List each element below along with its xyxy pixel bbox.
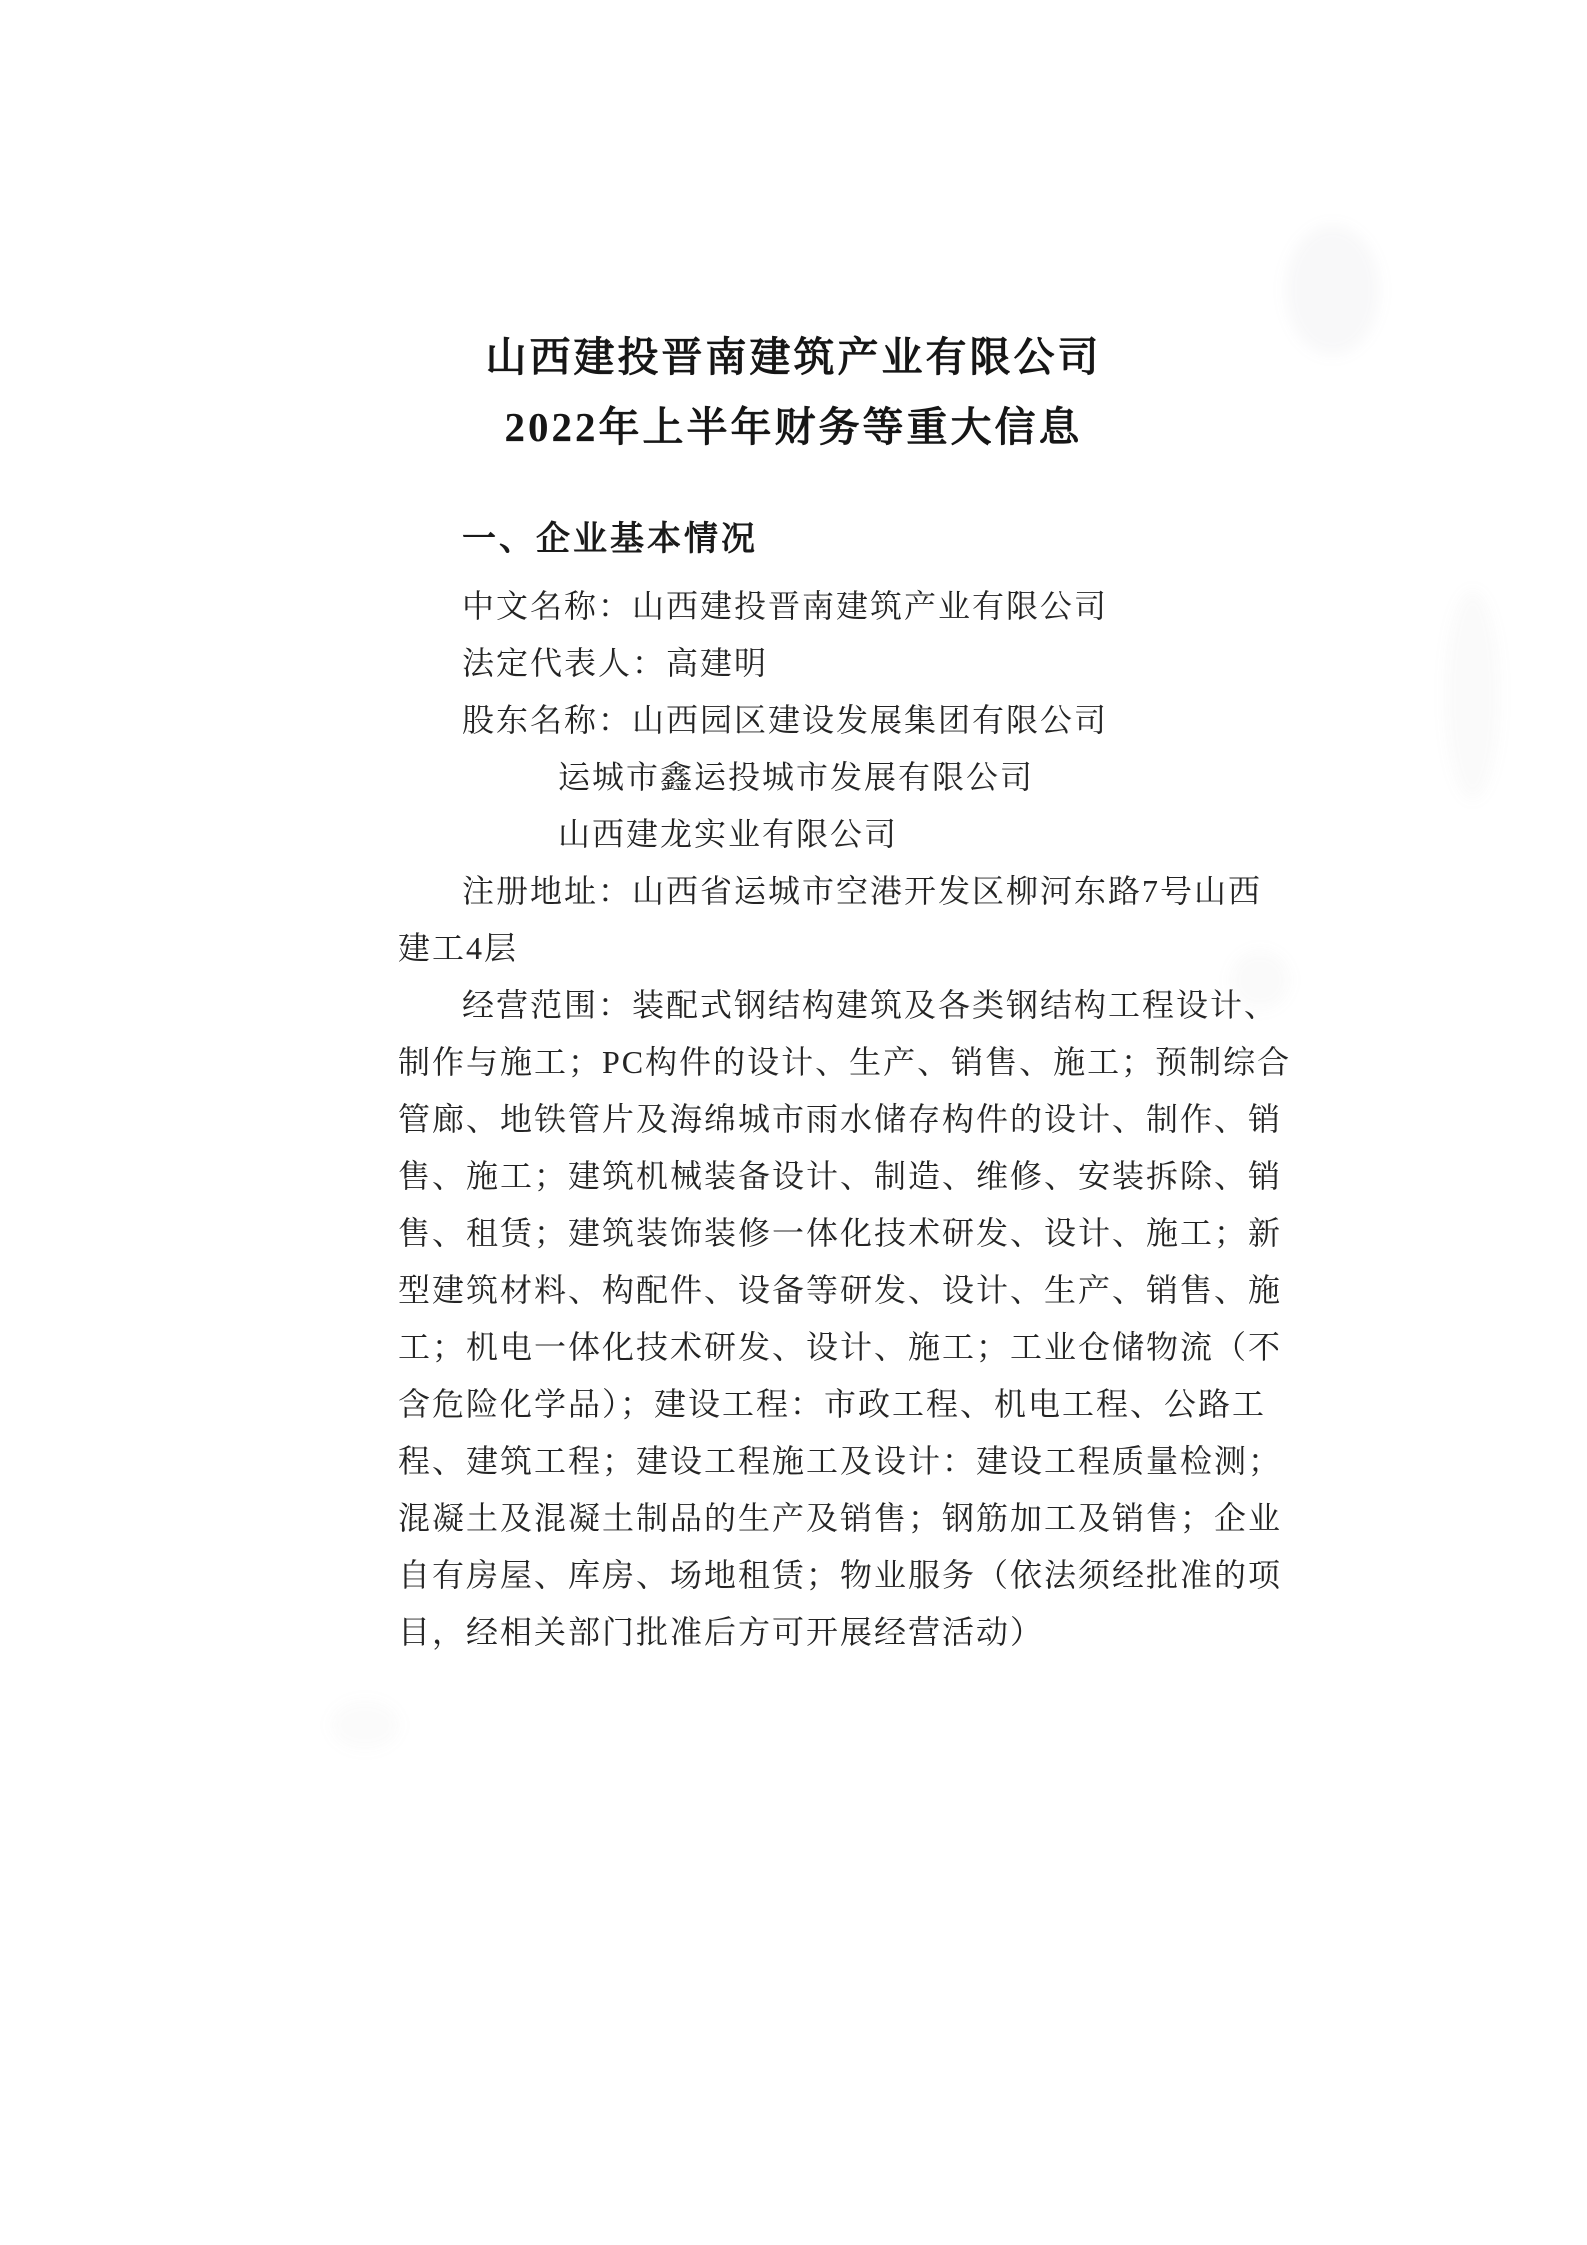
business-scope-line-1: 经营范围：装配式钢结构建筑及各类钢结构工程设计、	[398, 977, 1189, 1034]
shareholder-name-line-3: 山西建龙实业有限公司	[398, 806, 1189, 863]
scan-smudge	[330, 1700, 400, 1750]
address-continuation-line: 建工4层	[398, 920, 1189, 977]
shareholder-name-line-1: 股东名称：山西园区建设发展集团有限公司	[398, 692, 1189, 749]
business-scope-line-5: 售、租赁；建筑装饰装修一体化技术研发、设计、施工；新	[398, 1205, 1189, 1262]
document-title: 山西建投晋南建筑产业有限公司 2022年上半年财务等重大信息	[398, 328, 1189, 456]
document-title-line-1: 山西建投晋南建筑产业有限公司	[398, 328, 1189, 386]
document-title-line-2: 2022年上半年财务等重大信息	[398, 398, 1189, 456]
scanned-document-page: 山西建投晋南建筑产业有限公司 2022年上半年财务等重大信息 一、企业基本情况 …	[0, 0, 1587, 2245]
registered-address-line: 注册地址：山西省运城市空港开发区柳河东路7号山西	[398, 863, 1189, 920]
business-scope-line-3: 管廊、地铁管片及海绵城市雨水储存构件的设计、制作、销	[398, 1091, 1189, 1148]
section-heading-basic-info: 一、企业基本情况	[398, 512, 1189, 568]
business-scope-line-11: 自有房屋、库房、场地租赁；物业服务（依法须经批准的项	[398, 1547, 1189, 1604]
business-scope-line-2: 制作与施工；PC构件的设计、生产、销售、施工；预制综合	[398, 1034, 1189, 1091]
shareholder-name-line-2: 运城市鑫运投城市发展有限公司	[398, 749, 1189, 806]
business-scope-line-10: 混凝土及混凝土制品的生产及销售；钢筋加工及销售；企业	[398, 1490, 1189, 1547]
scan-smudge	[1445, 590, 1500, 800]
chinese-name-line: 中文名称：山西建投晋南建筑产业有限公司	[398, 578, 1189, 635]
scan-smudge	[1285, 225, 1380, 355]
document-body: 中文名称：山西建投晋南建筑产业有限公司 法定代表人：高建明 股东名称：山西园区建…	[398, 578, 1189, 1661]
business-scope-line-7: 工；机电一体化技术研发、设计、施工；工业仓储物流（不	[398, 1319, 1189, 1376]
business-scope-line-8: 含危险化学品）；建设工程：市政工程、机电工程、公路工	[398, 1376, 1189, 1433]
business-scope-line-4: 售、施工；建筑机械装备设计、制造、维修、安装拆除、销	[398, 1148, 1189, 1205]
business-scope-line-12: 目，经相关部门批准后方可开展经营活动）	[398, 1604, 1189, 1661]
business-scope-line-9: 程、建筑工程；建设工程施工及设计：建设工程质量检测；	[398, 1433, 1189, 1490]
legal-representative-line: 法定代表人：高建明	[398, 635, 1189, 692]
business-scope-line-6: 型建筑材料、构配件、设备等研发、设计、生产、销售、施	[398, 1262, 1189, 1319]
